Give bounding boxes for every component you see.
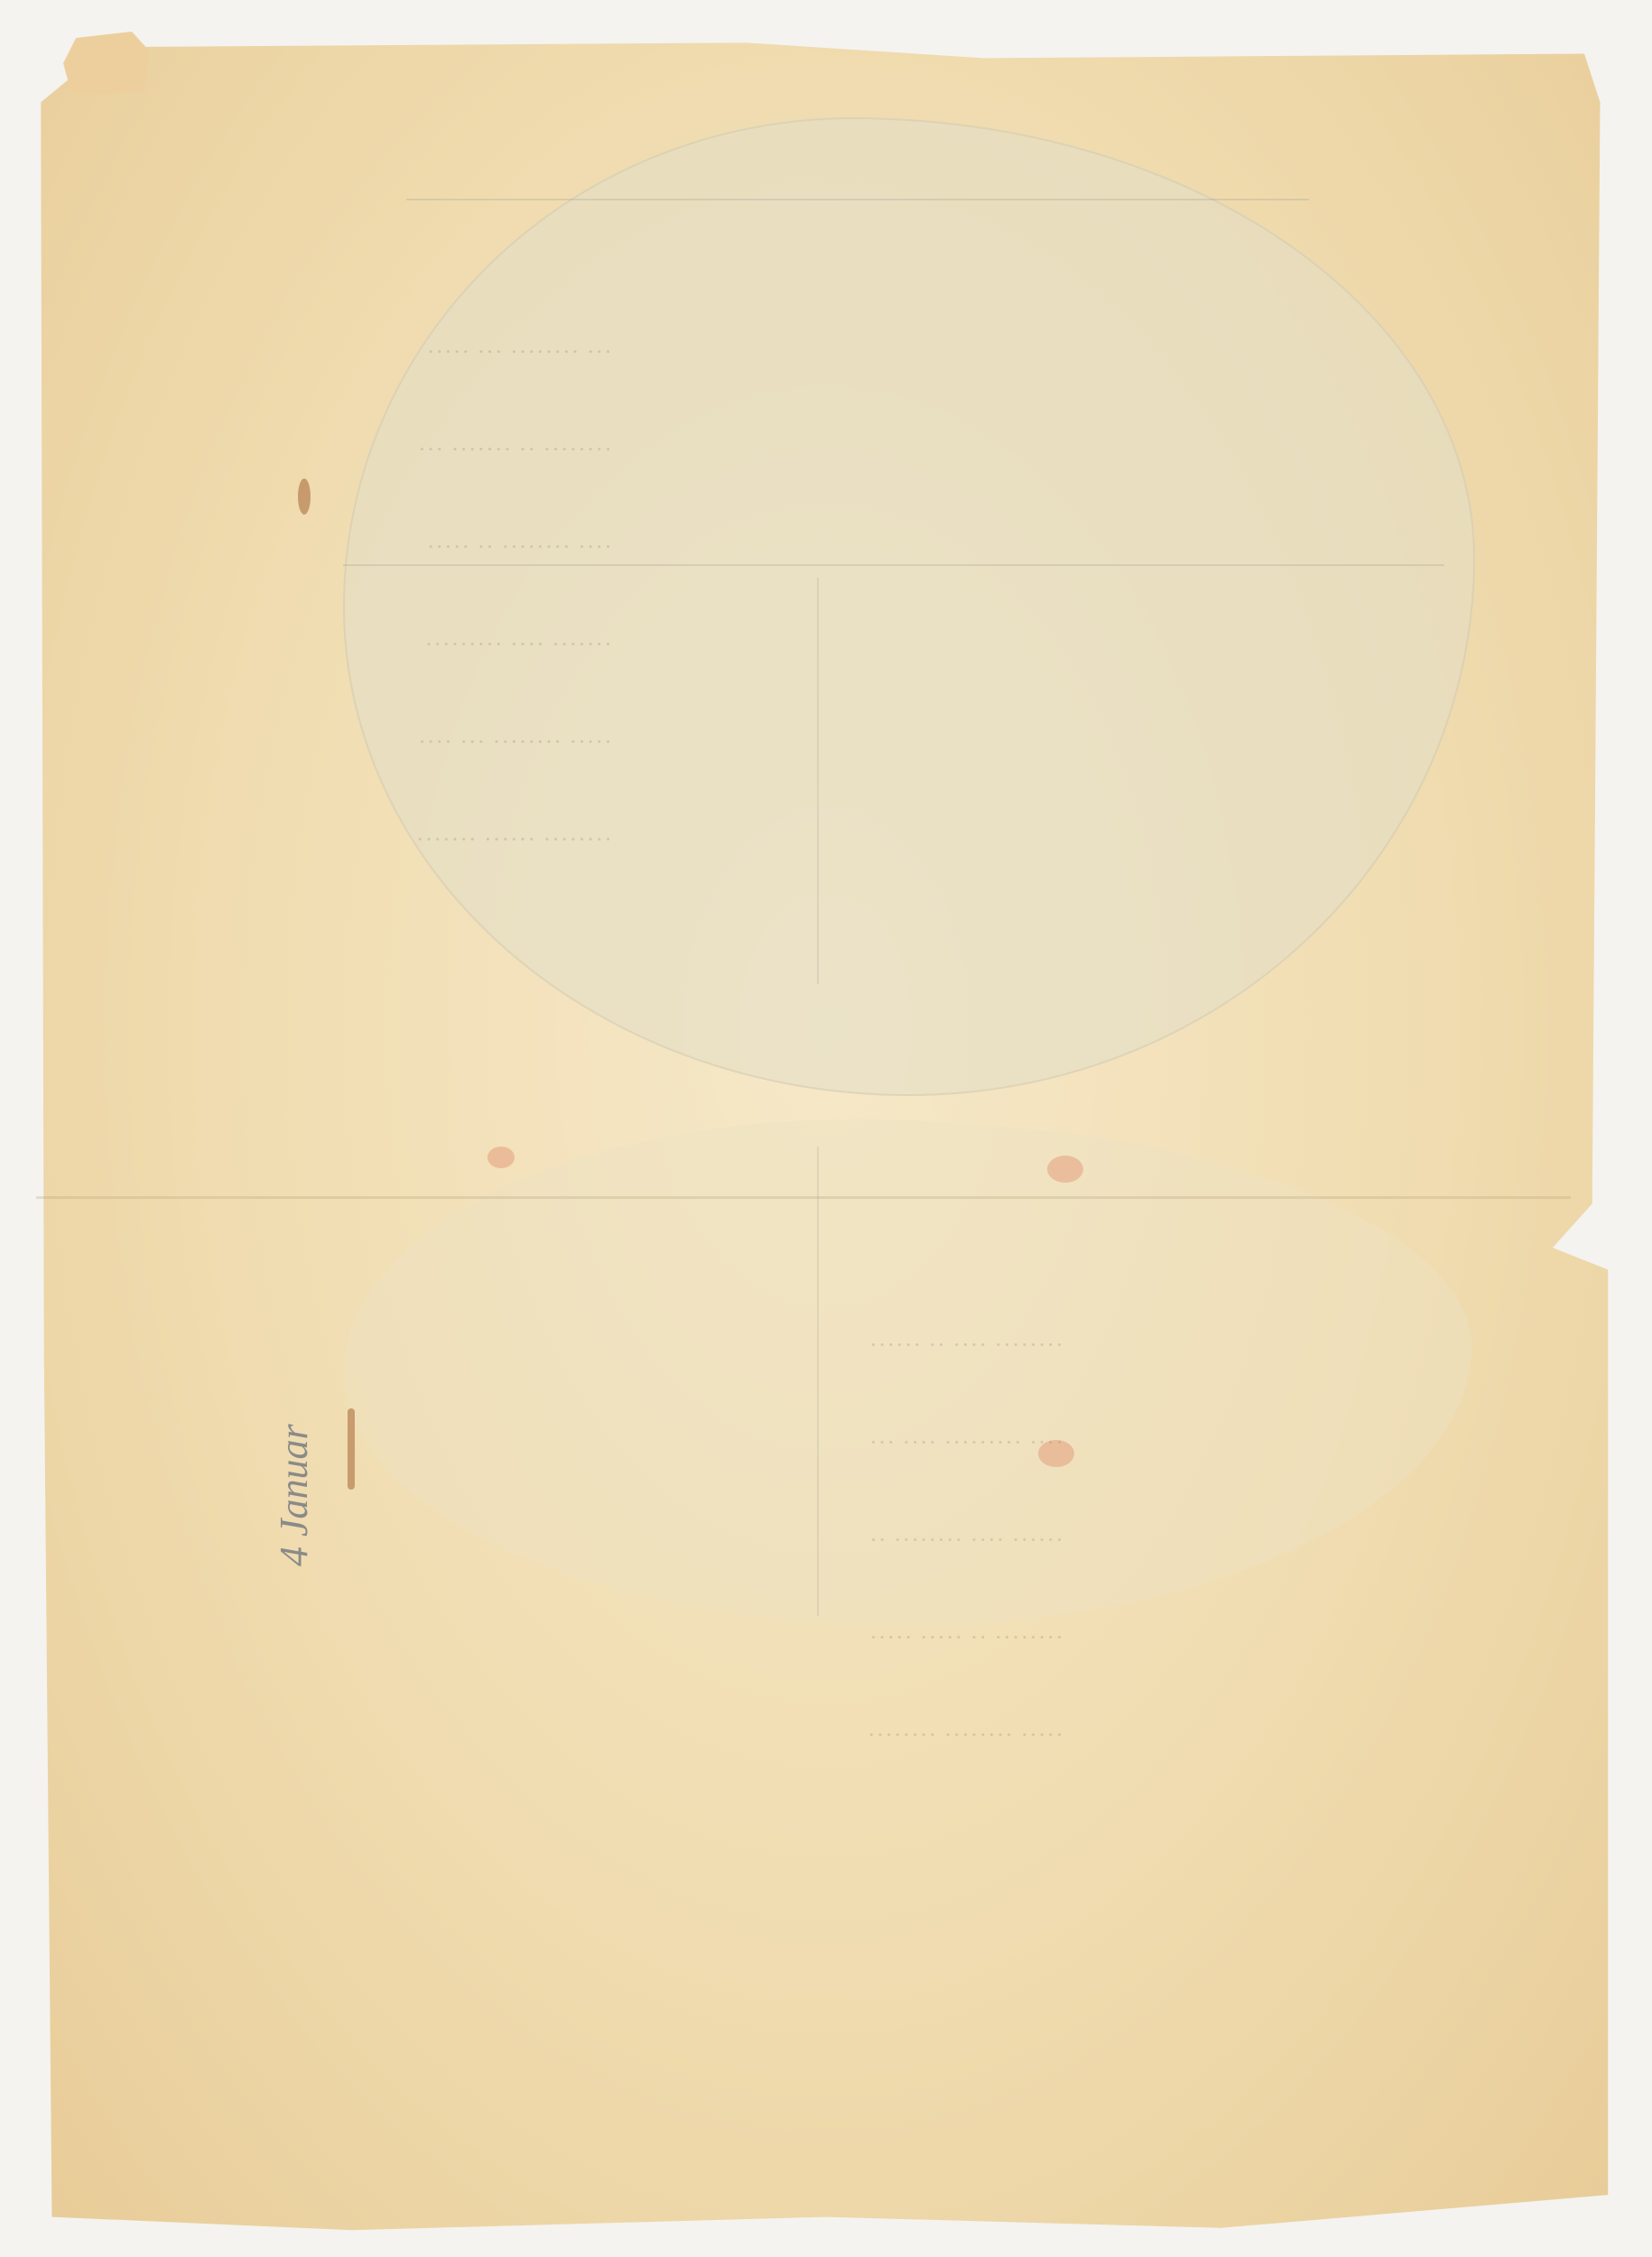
show-through-rule: [406, 199, 1309, 200]
pencil-annotation: 4 Januar: [271, 1424, 317, 1566]
red-spot: [1047, 1156, 1083, 1183]
text-line: ····· ········ ··· ····: [415, 726, 612, 758]
rust-stain: [298, 478, 311, 515]
text-line: ········ ·· ····· ·····: [867, 1621, 1063, 1654]
rust-stain: [348, 1408, 355, 1490]
fold-crease: [36, 1196, 1571, 1199]
text-line: ···· ········ ·· ·····: [415, 531, 612, 563]
red-spot: [1038, 1440, 1074, 1467]
text-line: ···· ········· ···· ···: [867, 1426, 1063, 1459]
text-line: ········ ···· ·· ······: [867, 1329, 1063, 1361]
show-through-text-lower: ········ ···· ·· ······ ···· ········· ·…: [867, 1264, 1063, 1784]
text-line: ········ ······ ·······: [415, 823, 612, 856]
text-line: ······ ···· ········ ··: [867, 1524, 1063, 1556]
show-through-column-rule: [817, 1147, 819, 1616]
show-through-text-upper: ··· ········ ··· ····· ········ ·· ·····…: [415, 271, 612, 888]
text-line: ········ ·· ······· ···: [415, 433, 612, 466]
torn-corner-fragment: [63, 32, 149, 95]
text-line: ··· ········ ··· ·····: [415, 336, 612, 368]
show-through-column-rule: [817, 578, 819, 984]
text-line: ····· ········ ········: [867, 1719, 1063, 1751]
red-spot: [487, 1147, 515, 1168]
text-line: ······· ···· ·········: [415, 628, 612, 661]
